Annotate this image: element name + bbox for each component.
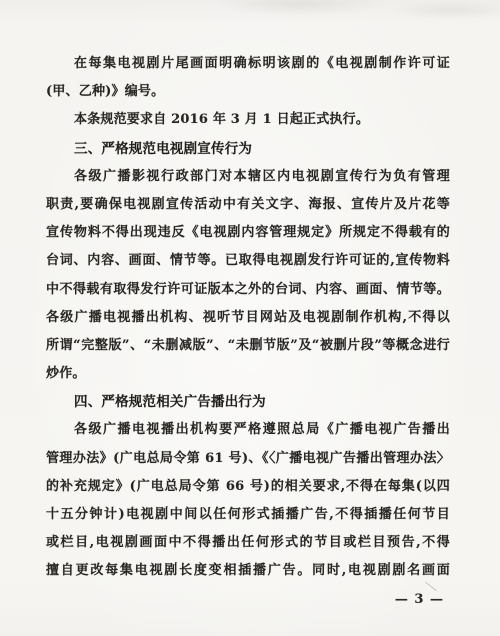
section-heading: 三、严格规范电视剧宣传行为: [46, 135, 450, 163]
text-line: 所谓“完整版”、“未删减版”、“未删节版”及“被删片段”等概念进行: [46, 332, 450, 360]
section-heading: 四、严格规范相关广告播出行为: [46, 388, 450, 416]
text-line: 各级广播电视播出机构要严格遵照总局《广播电视广告播出: [46, 416, 450, 444]
page-number: — 3 —: [46, 586, 450, 614]
document-page: 在每集电视剧片尾画面明确标明该剧的《电视剧制作许可证 (甲、乙种)》编号。 本条…: [0, 0, 500, 636]
text-line: 台词、内容、画面、情节等。已取得电视剧发行许可证的,宣传物料: [46, 247, 450, 275]
text-line: 管理办法》(广电总局令第 61 号)、《〈广播电视广告播出管理办法〉: [46, 445, 450, 473]
text-line: 各级广播影视行政部门对本辖区内电视剧宣传行为负有管理: [46, 163, 450, 191]
text-line: 在每集电视剧片尾画面明确标明该剧的《电视剧制作许可证: [46, 50, 450, 78]
text-line: 或栏目,电视剧画面中不得播出任何形式的节目或栏目预告,不得: [46, 529, 450, 557]
text-block: 在每集电视剧片尾画面明确标明该剧的《电视剧制作许可证 (甲、乙种)》编号。 本条…: [46, 50, 450, 614]
text-line: 的补充规定》(广电总局令第 66 号)的相关要求,不得在每集(以四: [46, 473, 450, 501]
text-line: 宣传物料不得出现违反《电视剧内容管理规定》所规定不得载有的: [46, 219, 450, 247]
text-line: (甲、乙种)》编号。: [46, 78, 450, 106]
text-line: 各级广播电视播出机构、视听节目网站及电视剧制作机构,不得以: [46, 304, 450, 332]
text-line: 职责,要确保电视剧宣传活动中有关文字、海报、宣传片及片花等: [46, 191, 450, 219]
text-line: 擅自更改每集电视剧长度变相插播广告。同时,电视剧剧名画面: [46, 557, 450, 585]
text-line: 中不得载有取得发行许可证版本之外的台词、内容、画面、情节等。: [46, 276, 450, 304]
text-line: 本条规范要求自 2016 年 3 月 1 日起正式执行。: [46, 106, 450, 134]
text-line: 十五分钟计)电视剧中间以任何形式插播广告,不得插播任何节目: [46, 501, 450, 529]
text-line: 炒作。: [46, 360, 450, 388]
